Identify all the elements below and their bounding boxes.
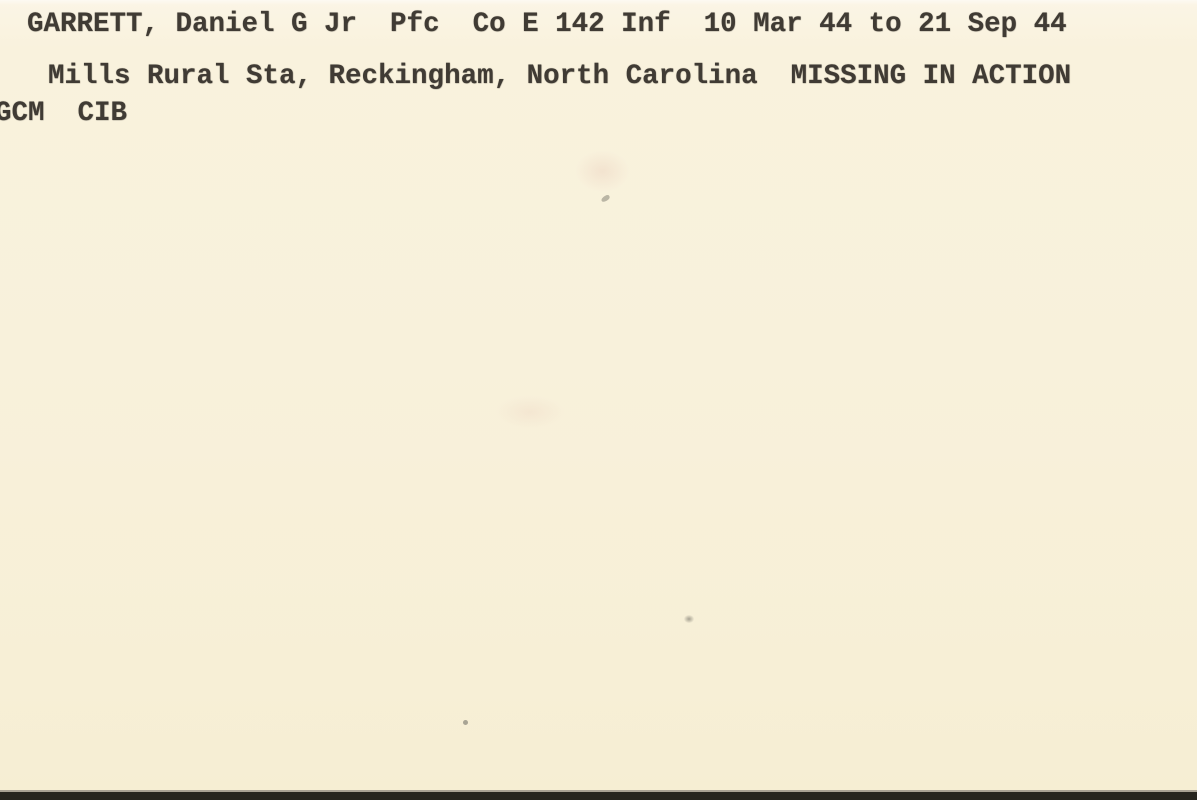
paper-speck	[684, 615, 694, 623]
card-line-name-unit-dates: GARRETT, Daniel G Jr Pfc Co E 142 Inf 10…	[27, 10, 1067, 40]
card-line-awards: GCM CIB	[0, 99, 127, 129]
card-top-edge	[0, 0, 1197, 5]
scan-bottom-edge	[0, 790, 1197, 800]
scanned-index-card: GARRETT, Daniel G Jr Pfc Co E 142 Inf 10…	[0, 0, 1197, 800]
paper-speck	[463, 720, 468, 725]
paper-stain	[575, 150, 630, 192]
paper-stain	[495, 395, 565, 429]
card-line-address-status: Mills Rural Sta, Reckingham, North Carol…	[48, 62, 1071, 92]
paper-speck	[600, 194, 610, 203]
